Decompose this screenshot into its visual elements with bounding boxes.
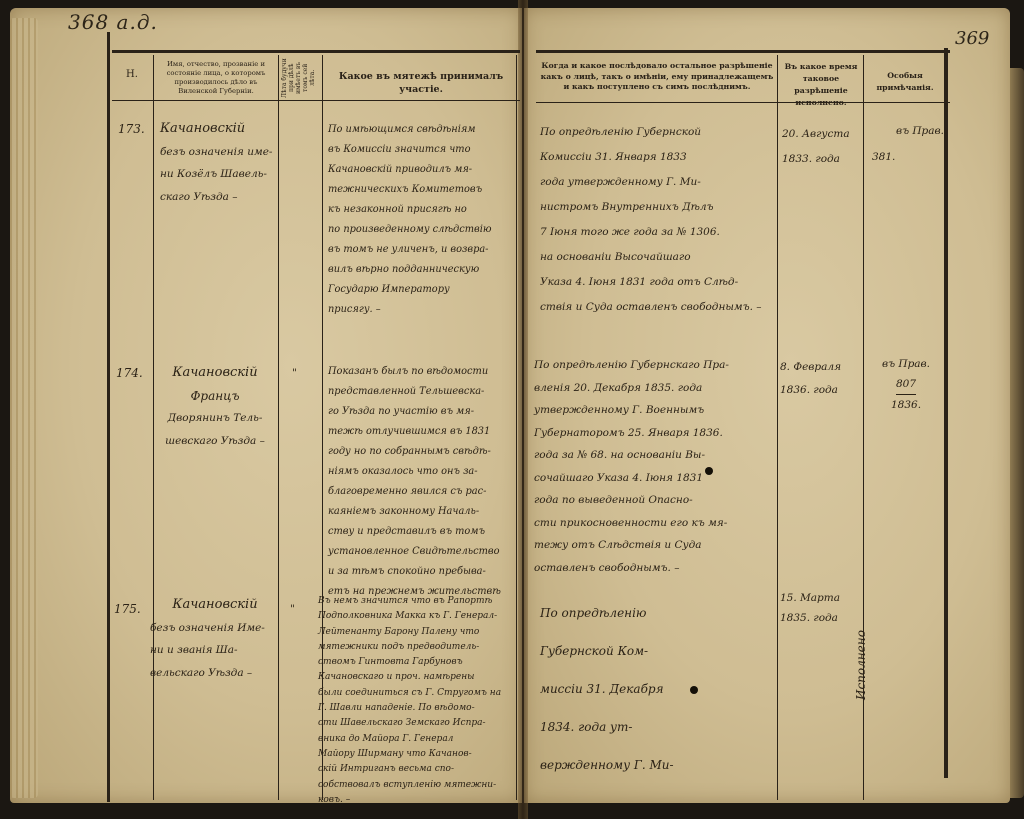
text-line: 1834. года ут-	[540, 708, 776, 746]
row-resolution: По опредѣленію Губернской Ком- миссіи 31…	[540, 594, 776, 784]
name-line: Качановскій	[150, 594, 280, 617]
name-line: скаго Уѣзда –	[160, 186, 280, 209]
text-line: каяніемъ законному Началь-	[328, 502, 518, 522]
text-line: ству и представилъ въ томъ	[328, 522, 518, 542]
name-line: Дворянинъ Тель-	[150, 407, 280, 430]
header-number: Н.	[112, 70, 152, 80]
text-line: Г. Шавли нападеніе. По вѣдомо-	[318, 701, 518, 716]
text-line: вленія 20. Декабря 1835. года	[534, 377, 776, 400]
text-line: 1836.	[868, 395, 944, 415]
row-notes-vertical: Исполнено	[850, 630, 873, 700]
text-line: 1835. года	[780, 608, 864, 628]
row-age: "	[290, 598, 295, 621]
text-line: по произведенному слѣдствію	[328, 220, 518, 240]
text-line: и за тѣмъ спокойно пребыва-	[328, 562, 518, 582]
header-executed: Въ какое время таковое разрѣшеніе исполн…	[779, 61, 863, 109]
text-line: установленное Свидѣтельство	[328, 542, 518, 562]
text-line: 381.	[872, 144, 944, 170]
folio-number-right: 369	[955, 28, 989, 49]
text-line: ніямъ оказалось что онъ за-	[328, 462, 518, 482]
row-executed: 20. Августа 1833. года	[782, 122, 864, 172]
text-line: Губернской Ком-	[540, 632, 776, 670]
text-line: Подполковника Макка къ Г. Генерал-	[318, 609, 518, 624]
text-line: тежническихъ Комитетовъ	[328, 180, 518, 200]
name-line: Качановскій	[160, 118, 280, 141]
header-bottom-rule-left	[112, 100, 520, 101]
text-line: го Уѣзда по участію въ мя-	[328, 402, 518, 422]
row-participation: Показанъ былъ по вѣдомости представленно…	[328, 362, 518, 602]
row-participation: По имѣющимся свѣдѣніям въ Комиссіи значи…	[328, 120, 518, 320]
text-line: мятежники подъ предводитель-	[318, 640, 518, 655]
row-notes: въ Прав. 381.	[872, 118, 944, 170]
text-line: года утвержденному Г. Ми-	[540, 170, 778, 195]
text-line: 20. Августа	[782, 122, 864, 147]
text-line: По опредѣленію Губернской	[540, 120, 778, 145]
text-line: Губернаторомъ 25. Января 1836.	[534, 422, 776, 445]
text-line: Майору Ширману что Качанов-	[318, 747, 518, 762]
row-executed: 15. Марта 1835. года	[780, 588, 864, 628]
header-resolution: Когда и какое послѣдовало остальное разр…	[538, 61, 776, 93]
text-line: Въ немъ значится что въ Рапортѣ	[318, 594, 518, 609]
text-line: Качановскій приводилъ мя-	[328, 160, 518, 180]
text-line: вержденному Г. Ми-	[540, 746, 776, 784]
text-line: Указа 4. Іюня 1831 года отъ Слѣд-	[540, 270, 778, 295]
header-top-rule-right	[536, 50, 950, 53]
text-line: оставленъ свободнымъ. –	[534, 557, 776, 580]
row-number: 173.	[118, 118, 145, 141]
name-line: безъ означенія Име-	[150, 617, 280, 640]
text-line: въ Прав.	[872, 118, 944, 144]
text-line: году но по собраннымъ свѣдѣ-	[328, 442, 518, 462]
right-border-rule	[944, 48, 948, 778]
text-line: вилъ вѣрно подданническую	[328, 260, 518, 280]
text-line: 7 Іюня того же года за № 1306.	[540, 220, 778, 245]
text-line: утвержденному Г. Военнымъ	[534, 399, 776, 422]
text-line: Показанъ былъ по вѣдомости	[328, 362, 518, 382]
name-line: вельскаго Уѣзда –	[150, 662, 280, 685]
text-line: 8. Февраля	[780, 356, 864, 379]
text-line: 1836. года	[780, 379, 864, 402]
text-line: сочайшаго Указа 4. Іюня 1831	[534, 467, 776, 490]
row-number: 175.	[114, 598, 141, 621]
text-line: ствомъ Гинтовта Гарбуновъ	[318, 655, 518, 670]
row-name: Качановскій безъ означенія име- ни Козёл…	[160, 118, 280, 208]
text-line: Комиссіи 31. Января 1833	[540, 145, 778, 170]
text-line: тежу отъ Слѣдствія и Суда	[534, 534, 776, 557]
text-line: Лейтенанту Барону Палену что	[318, 625, 518, 640]
text-line: собствовалъ вступленію мятежни-	[318, 778, 518, 793]
row-name: Качановскій Францъ Дворянинъ Тель- шевск…	[150, 362, 280, 452]
text-line: благовременно явился съ рас-	[328, 482, 518, 502]
row-notes: въ Прав. 807 1836.	[868, 354, 944, 415]
name-line: шевскаго Уѣзда –	[150, 430, 280, 453]
text-line: года по выведенной Опасно-	[534, 489, 776, 512]
text-line: въ Комиссіи значится что	[328, 140, 518, 160]
text-line: По опредѣленію Губернскаго Пра-	[534, 354, 776, 377]
ink-blot	[705, 467, 713, 475]
text-line: къ незаконной присягѣ но	[328, 200, 518, 220]
text-line: года за № 68. на основаніи Вы-	[534, 444, 776, 467]
text-line: сти прикосновенности его къ мя-	[534, 512, 776, 535]
row-resolution: По опредѣленію Губернскаго Пра- вленія 2…	[534, 354, 776, 579]
name-line: Качановскій	[150, 362, 280, 385]
row-participation: Въ немъ значится что въ Рапортѣ Подполко…	[318, 594, 518, 808]
text-line: По имѣющимся свѣдѣніям	[328, 120, 518, 140]
text-line: 1833. года	[782, 147, 864, 172]
header-bottom-rule-right	[536, 102, 950, 103]
text-line: присягу. –	[328, 300, 518, 320]
row-executed: 8. Февраля 1836. года	[780, 356, 864, 401]
text-line: ковъ. –	[318, 793, 518, 808]
text-line: въ Прав.	[868, 354, 944, 374]
text-line: нистромъ Внутреннихъ Дѣлъ	[540, 195, 778, 220]
text-line: ствія и Суда оставленъ свободнымъ. –	[540, 295, 778, 320]
text-line: тежѣ отлучившимся въ 1831	[328, 422, 518, 442]
text-line: на основаніи Высочайшаго	[540, 245, 778, 270]
header-age: Лѣта будучи при дѣлѣ имѣетъ въ томъ сей …	[281, 57, 321, 99]
row-age: "	[292, 362, 297, 385]
text-line: были соединиться съ Г. Стругомъ на	[318, 686, 518, 701]
row-name: Качановскій безъ означенія Име- ни и зва…	[150, 594, 280, 684]
header-name: Имя, отчество, прозваніе и состояніе лиц…	[156, 60, 276, 96]
text-line: скій Интриганъ весьма спо-	[318, 762, 518, 777]
header-notes: Особыя примѣчанія.	[866, 70, 944, 94]
ink-blot	[690, 686, 698, 694]
text-line: миссіи 31. Декабря	[540, 670, 776, 708]
text-line: въ томъ не уличенъ, и возвра-	[328, 240, 518, 260]
row-resolution: По опредѣленію Губернской Комиссіи 31. Я…	[540, 120, 778, 320]
name-line: Францъ	[150, 385, 280, 408]
text-line: По опредѣленію	[540, 594, 776, 632]
text-line: Государю Императору	[328, 280, 518, 300]
text-line: представленной Тельшевска-	[328, 382, 518, 402]
book-gutter	[518, 0, 528, 819]
header-participation: Какое въ мятежѣ принималъ участіе.	[326, 70, 516, 96]
text-line: сти Шавельскаго Земскаго Испра-	[318, 716, 518, 731]
name-line: безъ означенія име-	[160, 141, 280, 164]
text-line: вника до Майора Г. Генерал	[318, 732, 518, 747]
header-top-rule-left	[112, 50, 520, 53]
text-line: 807	[896, 374, 916, 395]
text-line: Качановскаго и проч. намѣрены	[318, 670, 518, 685]
name-line: ни и званія Ша-	[150, 639, 280, 662]
row-number: 174.	[116, 362, 143, 385]
text-line: 15. Марта	[780, 588, 864, 608]
left-border-rule	[107, 32, 110, 802]
folio-number-left: 368 а.д.	[68, 10, 158, 34]
name-line: ни Козёлъ Шавель-	[160, 163, 280, 186]
